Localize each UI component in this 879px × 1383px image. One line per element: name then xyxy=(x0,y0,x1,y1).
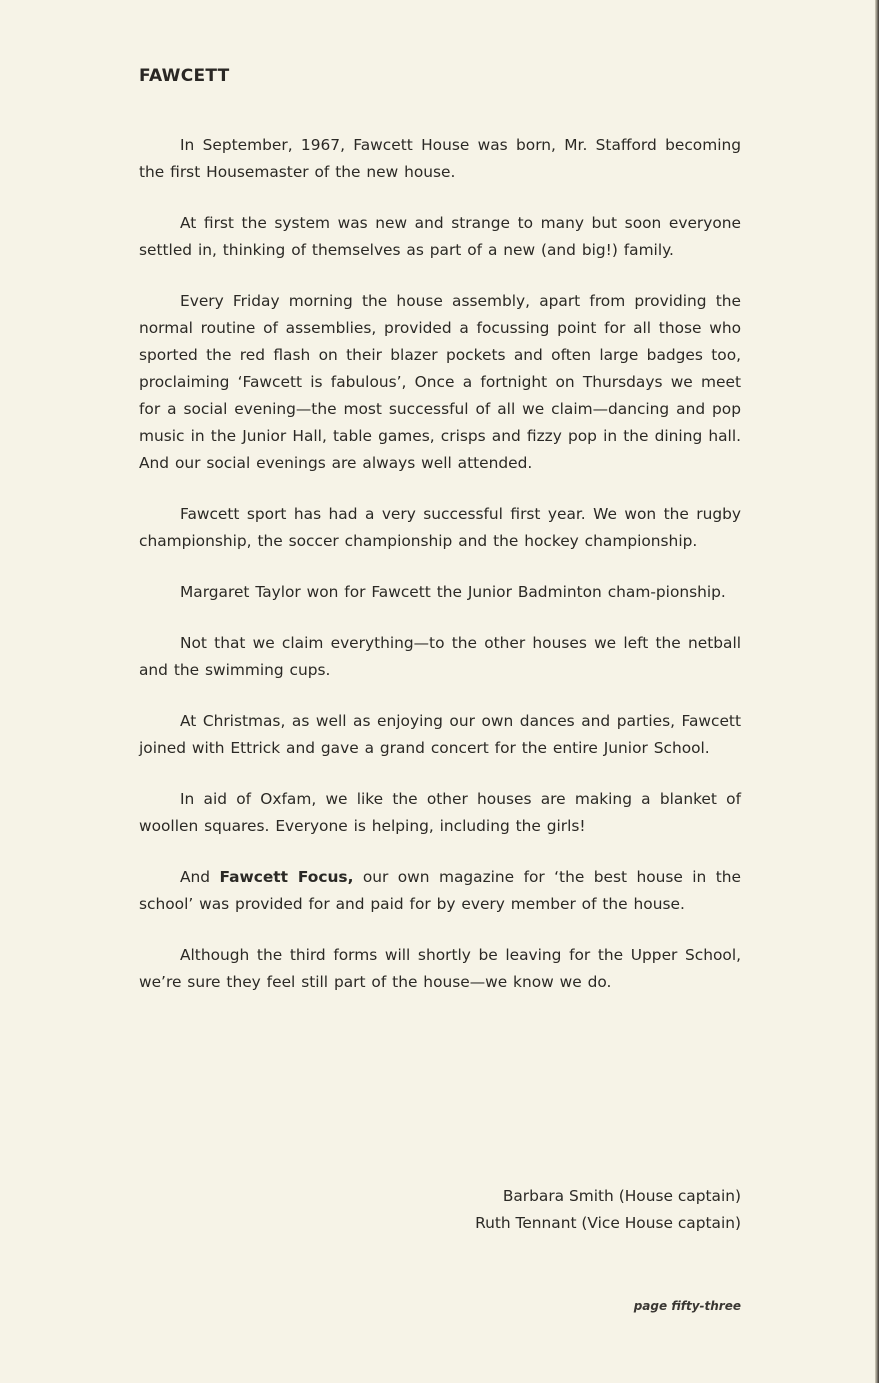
paragraph-christmas: At Christmas, as well as enjoying our ow… xyxy=(139,708,741,762)
page-edge-shadow xyxy=(875,0,879,1383)
section-heading: FAWCETT xyxy=(139,66,230,86)
paragraph-settling-in: At first the system was new and strange … xyxy=(139,210,741,264)
paragraph-oxfam: In aid of Oxfam, we like the other house… xyxy=(139,786,741,840)
page-number: page fifty-three xyxy=(634,1299,741,1313)
magazine-text-before: And xyxy=(180,868,219,886)
paragraph-assembly-social: Every Friday morning the house assembly,… xyxy=(139,288,741,477)
magazine-title: Fawcett Focus, xyxy=(219,868,353,886)
paragraph-badminton: Margaret Taylor won for Fawcett the Juni… xyxy=(139,579,741,606)
paragraph-magazine: And Fawcett Focus, our own magazine for … xyxy=(139,864,741,918)
paragraph-founding: In September, 1967, Fawcett House was bo… xyxy=(139,132,741,186)
signature-vice-house-captain: Ruth Tennant (Vice House captain) xyxy=(475,1210,741,1237)
article-body: In September, 1967, Fawcett House was bo… xyxy=(139,132,741,1020)
paragraph-sport: Fawcett sport has had a very successful … xyxy=(139,501,741,555)
paragraph-third-forms: Although the third forms will shortly be… xyxy=(139,942,741,996)
signature-house-captain: Barbara Smith (House captain) xyxy=(475,1183,741,1210)
paragraph-netball-swimming: Not that we claim everything—to the othe… xyxy=(139,630,741,684)
signature-block: Barbara Smith (House captain) Ruth Tenna… xyxy=(475,1183,741,1237)
